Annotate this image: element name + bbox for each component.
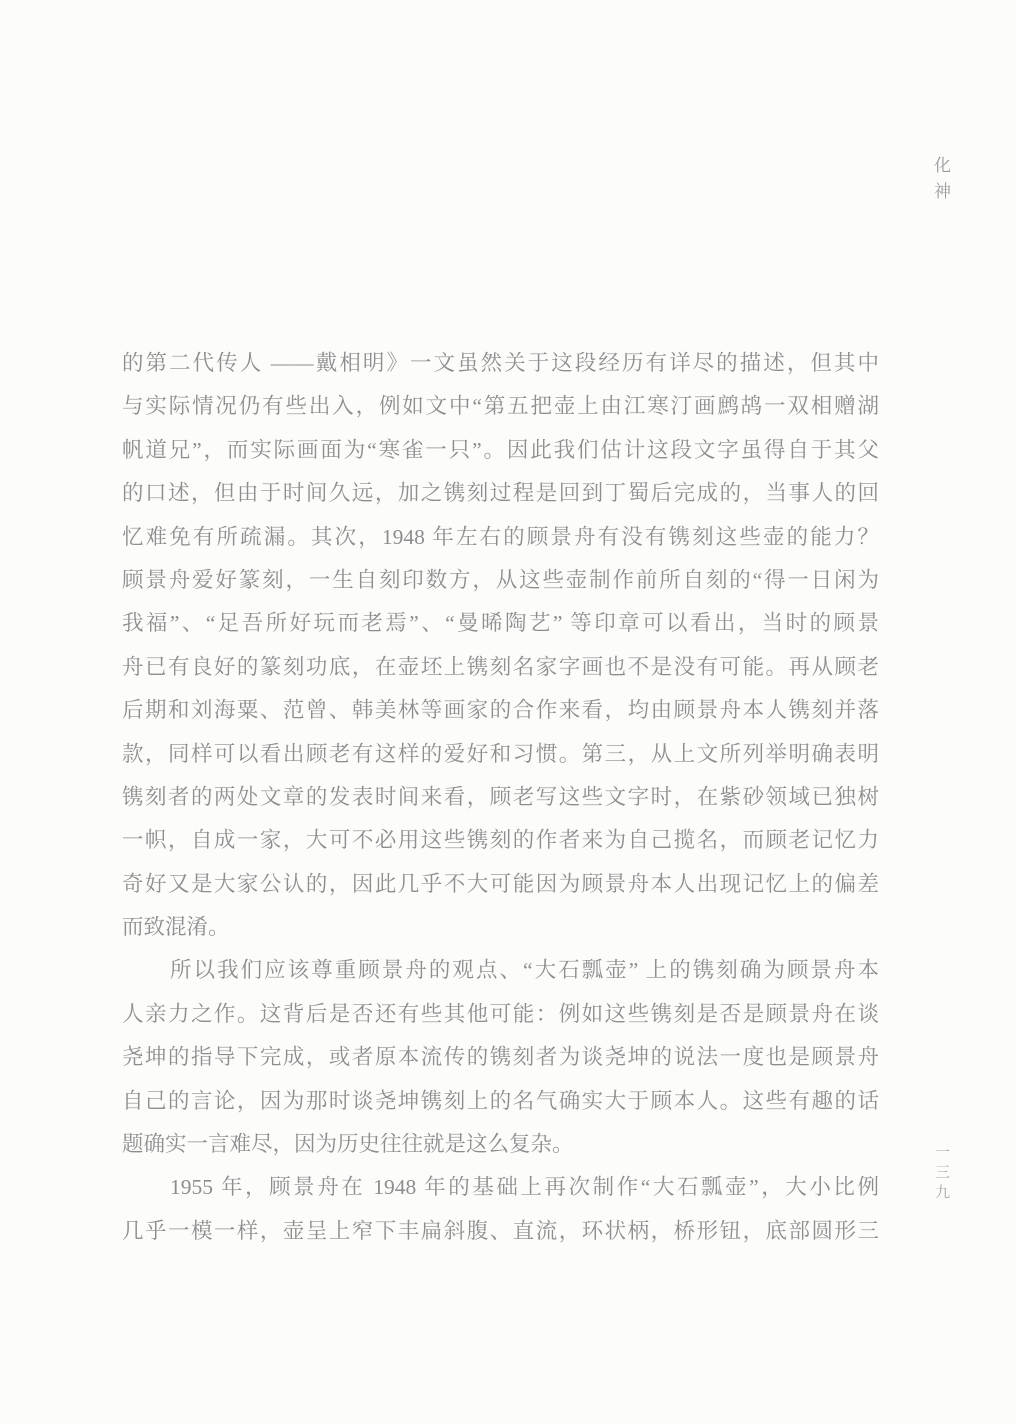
text-line: 帆道兄”，而实际画面为“寒雀一只”。因此我们估计这段文字虽得自于其父	[122, 429, 879, 472]
text-line: 而致混淆。	[122, 906, 879, 949]
text-line: 顾景舟爱好篆刻，一生自刻印数方，从这些壶制作前所自刻的“得一日闲为	[122, 559, 879, 602]
page-number: 一三九	[931, 1144, 952, 1204]
text-line: 忆难免有所疏漏。其次，1948 年左右的顾景舟有没有镌刻这些壶的能力？	[122, 516, 879, 559]
text-line: 舟已有良好的篆刻功底，在壶坯上镌刻名家字画也不是没有可能。再从顾老	[122, 646, 879, 689]
text-line: 款，同样可以看出顾老有这样的爱好和习惯。第三，从上文所列举明确表明	[122, 733, 879, 776]
text-line: 所以我们应该尊重顾景舟的观点、“大石瓢壶” 上的镌刻确为顾景舟本	[122, 949, 879, 992]
text-line: 题确实一言难尽，因为历史往往就是这么复杂。	[122, 1123, 879, 1166]
text-line: 一帜，自成一家，大可不必用这些镌刻的作者来为自己揽名，而顾老记忆力	[122, 819, 879, 862]
chapter-side-label: 化神	[928, 156, 953, 208]
book-page-scan: 化神 的第二代传人 ——戴相明》一文虽然关于这段经历有详尽的描述，但其中与实际情…	[0, 0, 1016, 1424]
text-line: 的第二代传人 ——戴相明》一文虽然关于这段经历有详尽的描述，但其中	[122, 342, 879, 385]
text-line: 的口述，但由于时间久远，加之镌刻过程是回到丁蜀后完成的，当事人的回	[122, 472, 879, 515]
text-line: 人亲力之作。这背后是否还有些其他可能：例如这些镌刻是否是顾景舟在谈	[122, 993, 879, 1036]
text-line: 我福”、“足吾所好玩而老焉”、“曼晞陶艺” 等印章可以看出，当时的顾景	[122, 602, 879, 645]
text-line: 与实际情况仍有些出入，例如文中“第五把壶上由江寒汀画鹧鸪一双相赠湖	[122, 385, 879, 428]
text-line: 镌刻者的两处文章的发表时间来看，顾老写这些文字时，在紫砂领域已独树	[122, 776, 879, 819]
text-line: 1955 年，顾景舟在 1948 年的基础上再次制作“大石瓢壶”，大小比例	[122, 1166, 879, 1209]
text-line: 自己的言论，因为那时谈尧坤镌刻上的名气确实大于顾本人。这些有趣的话	[122, 1080, 879, 1123]
text-line: 奇好又是大家公认的，因此几乎不大可能因为顾景舟本人出现记忆上的偏差	[122, 863, 879, 906]
text-line: 几乎一模一样，壶呈上窄下丰扁斜腹、直流，环状柄，桥形钮，底部圆形三	[122, 1210, 879, 1253]
text-block: 的第二代传人 ——戴相明》一文虽然关于这段经历有详尽的描述，但其中与实际情况仍有…	[122, 342, 879, 1253]
text-line: 后期和刘海粟、范曾、韩美林等画家的合作来看，均由顾景舟本人镌刻并落	[122, 689, 879, 732]
text-line: 尧坤的指导下完成，或者原本流传的镌刻者为谈尧坤的说法一度也是顾景舟	[122, 1036, 879, 1079]
